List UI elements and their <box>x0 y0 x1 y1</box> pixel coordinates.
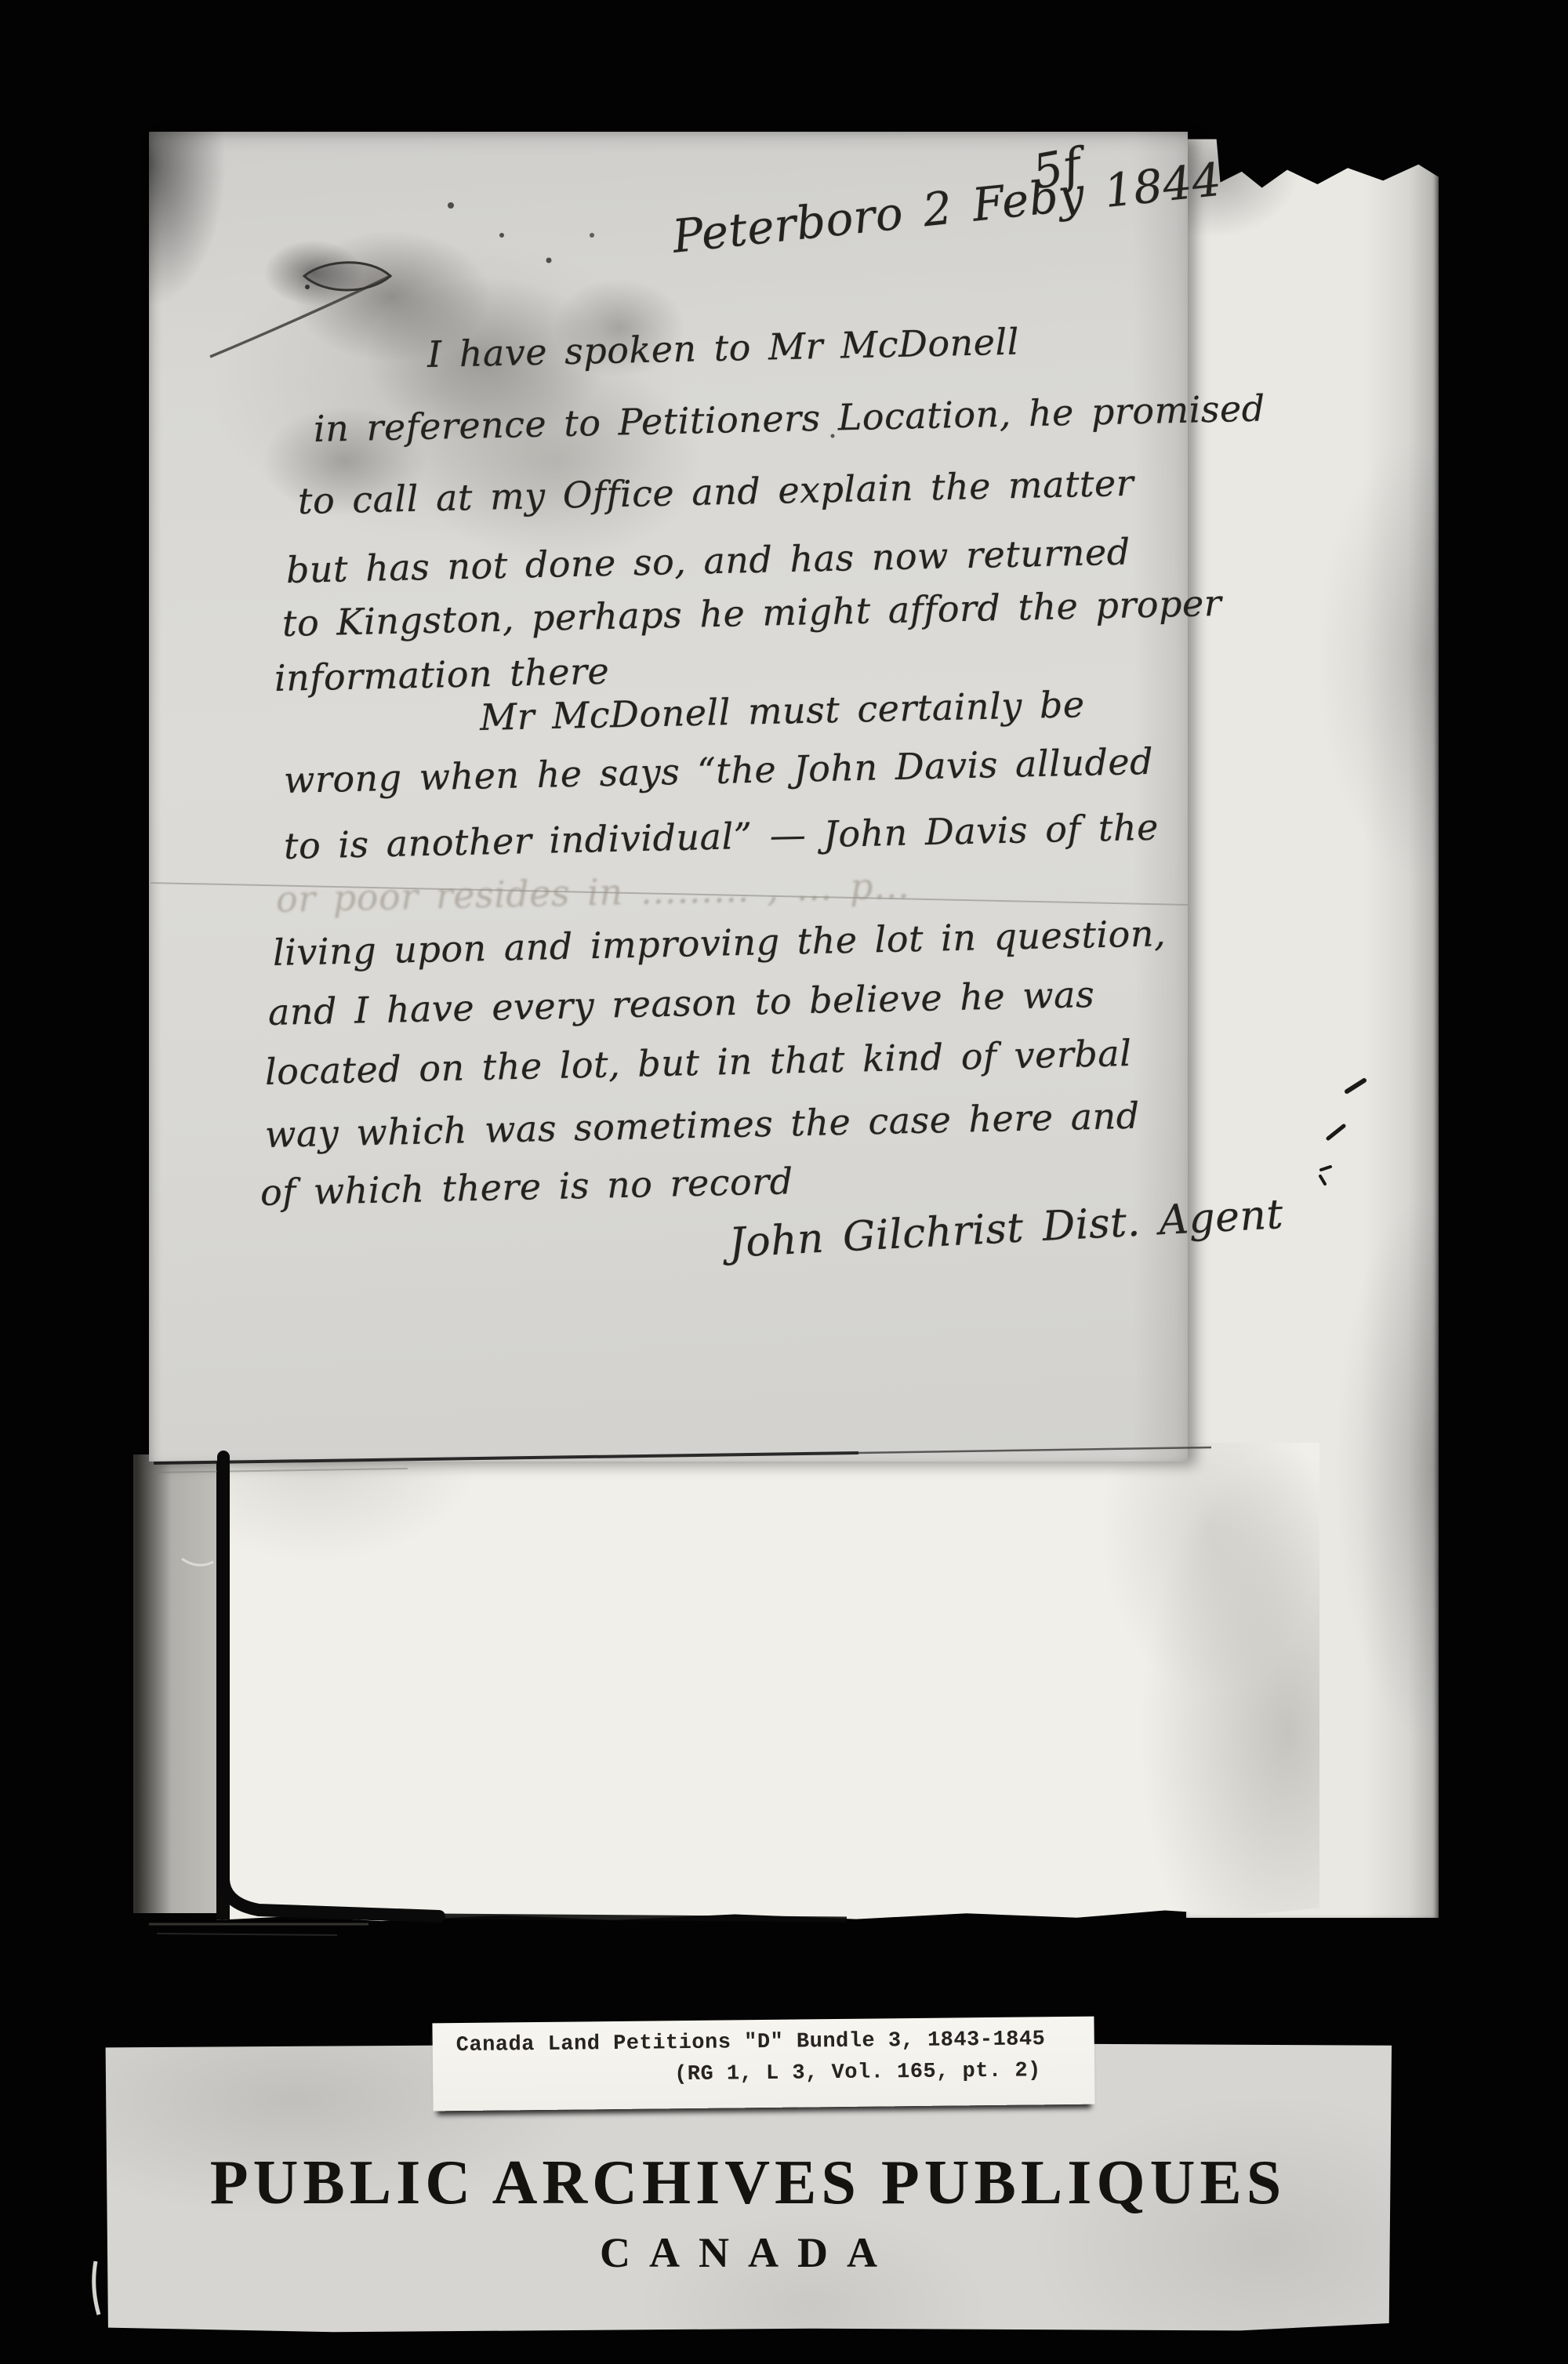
label-line-1: Canada Land Petitions "D" Bundle 3, 1843… <box>456 2028 1046 2057</box>
backing-sheet <box>216 1443 1319 1925</box>
torn-edge-remnant <box>133 1454 218 1913</box>
banner-title: PUBLIC ARCHIVES PUBLIQUES <box>210 2152 1287 2214</box>
stacked-sheets-line <box>157 1934 337 1935</box>
microfilm-frame: 5f Peterboro 2 Feby 1844 I have spoken t… <box>0 0 1568 2364</box>
banner-curl-highlight <box>94 2261 99 2315</box>
archive-reference-label: Canada Land Petitions "D" Bundle 3, 1843… <box>432 2017 1094 2112</box>
handwritten-line: information there <box>274 650 609 699</box>
label-line-2: (RG 1, L 3, Vol. 165, pt. 2) <box>674 2059 1041 2086</box>
banner-subtitle: CANADA <box>600 2231 896 2274</box>
